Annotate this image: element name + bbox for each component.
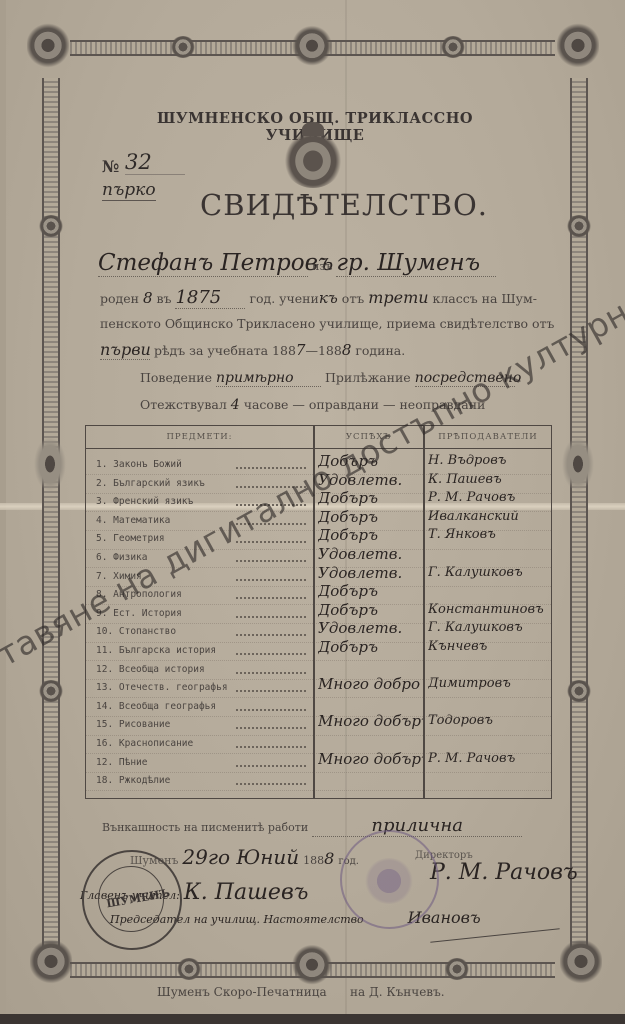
leader-dots	[236, 616, 306, 618]
director-signature: Р. М. Рачовъ	[430, 860, 578, 885]
subject-name: 5. Геометрия	[96, 533, 165, 544]
leader-dots	[236, 746, 306, 748]
gender-suffix: къ	[319, 289, 338, 307]
year-digit: 8	[324, 849, 334, 868]
diligence-label: Прилѣжание	[325, 370, 411, 385]
subject-name: 11. Българска история	[96, 645, 216, 656]
corner-ornament-icon	[27, 22, 69, 74]
number-label: №	[102, 157, 119, 176]
coat-of-arms-icon	[282, 128, 344, 188]
appearance-line: Вънкашность на писменитѣ работи прилична	[102, 815, 542, 837]
year-value: 188	[303, 854, 324, 867]
absence-justified-label: оправдани —	[309, 397, 396, 412]
teacher-name: Г. Калушковъ	[428, 565, 548, 580]
teacher-name: Тодоровъ	[428, 713, 548, 728]
eagle-ornament-icon	[292, 25, 332, 71]
leader-dots	[236, 690, 306, 692]
border-left	[42, 78, 60, 958]
leader-dots	[236, 727, 306, 729]
grade-value: Добъръ	[318, 638, 423, 656]
student-place: гр. Шуменъ	[336, 250, 496, 277]
teacher-name: К. Пашевъ	[428, 472, 548, 487]
school-board-stamp: ШУМЕНЪ	[82, 850, 182, 950]
knot-ornament-icon	[38, 215, 64, 237]
class-from-label: отъ	[342, 291, 364, 306]
knot-ornament-icon	[566, 680, 592, 702]
rank-value: първи	[100, 340, 150, 360]
teacher-name: Р. М. Рачовъ	[428, 751, 548, 766]
subject-name: 1. Законъ Божий	[96, 459, 182, 470]
school-line: пенското Общинско Трикласено училище, пр…	[100, 316, 540, 331]
teacher-name: Кънчевъ	[428, 639, 548, 654]
number-subscript: пърко	[102, 180, 156, 201]
leader-dots	[236, 467, 306, 469]
knot-ornament-icon	[440, 36, 466, 58]
subject-name: 2. Българский язикъ	[96, 478, 205, 489]
school-seal-stamp	[340, 830, 439, 929]
student-name: Стефанъ Петровъ	[98, 250, 308, 277]
leader-dots	[236, 560, 306, 562]
grade-value: Добъръ	[318, 601, 423, 619]
grade-value: Удовлетв.	[318, 545, 423, 563]
grade-value: Добъръ	[318, 526, 423, 544]
teacher-name: Димитровъ	[428, 676, 548, 691]
subject-name: 14. Всеобща географья	[96, 701, 216, 712]
corner-ornament-icon	[30, 938, 72, 990]
birth-line: роден 8 въ 1875 год. ученикъ отъ трети к…	[100, 287, 540, 309]
leader-dots	[236, 783, 306, 785]
head-teacher-signature: К. Пашевъ	[184, 880, 309, 905]
vase-ornament-icon	[561, 435, 595, 493]
leader-dots	[236, 709, 306, 711]
teacher-name: Г. Калушковъ	[428, 620, 548, 635]
grade-value: Добъръ	[318, 582, 423, 600]
teacher-name: Константиновъ	[428, 602, 548, 617]
teacher-name: Р. М. Рачовъ	[428, 490, 548, 505]
year-sep: —188	[305, 343, 341, 358]
subject-name: 15. Рисование	[96, 719, 170, 730]
leader-dots	[236, 634, 306, 636]
knot-ornament-icon	[444, 958, 470, 980]
leader-dots	[236, 579, 306, 581]
header-subjects: ПРЕДМЕТИ:	[86, 432, 313, 442]
grade-value: Много добъръ	[318, 750, 423, 768]
leader-dots	[236, 672, 306, 674]
class-value: трети	[368, 288, 428, 307]
printer-left: Шуменъ Скоро-Печатница	[157, 985, 327, 999]
knot-ornament-icon	[566, 215, 592, 237]
teacher-name: Н. Въдровъ	[428, 453, 548, 468]
subject-name: 16. Краснописание	[96, 738, 193, 749]
subject-name: 12. Пѣние	[96, 757, 147, 768]
student-name-line: Стефанъ Петровъ изъ гр. Шуменъ	[98, 250, 538, 277]
table-row: 18. Ржкодѣлие	[86, 772, 551, 791]
leader-dots	[236, 653, 306, 655]
knot-ornament-icon	[38, 680, 64, 702]
date-value: 29го Юний	[182, 845, 299, 869]
school-year-line: първи рѣдъ за учебната 1887—1888 година.	[100, 340, 540, 360]
grade-value: Много добъръ	[318, 712, 423, 730]
teacher-name: Ивалканский	[428, 509, 548, 524]
year-end-digit: 8	[342, 341, 352, 359]
born-in-label: въ	[156, 291, 171, 306]
leader-dots	[236, 597, 306, 599]
table-row: 12. ПѣниеМного добъръР. М. Рачовъ	[86, 754, 551, 773]
grade-value: Добъръ	[318, 508, 423, 526]
vase-ornament-icon	[33, 435, 67, 493]
born-label: роден	[100, 291, 139, 306]
subject-name: 12. Всеобща история	[96, 664, 205, 675]
appearance-value: прилична	[312, 815, 522, 837]
printer-right: на Д. Кънчевъ.	[350, 985, 445, 999]
absence-hours-label: часове —	[244, 397, 305, 412]
grade-value: Удовлетв.	[318, 564, 423, 582]
from-label: изъ	[312, 260, 332, 273]
year-end-text: година.	[355, 343, 405, 358]
teacher-name: Т. Янковъ	[428, 527, 548, 542]
seal-emblem-icon	[364, 858, 414, 904]
subject-name: 13. Отечеств. географья	[96, 682, 228, 693]
border-right	[570, 78, 588, 958]
knot-ornament-icon	[170, 36, 196, 58]
subject-name: 10. Стопанство	[96, 626, 176, 637]
subject-name: 3. Френский язикъ	[96, 496, 193, 507]
knot-ornament-icon	[176, 958, 202, 980]
rank-text: рѣдъ за учебната 188	[154, 343, 296, 358]
behavior-value: примѣрно	[216, 370, 321, 387]
table-row: 11. Българска историяДобъръКънчевъ	[86, 642, 551, 661]
table-header: ПРЕДМЕТИ: УСПѢХЪ ПРѢПОДАВАТЕЛИ	[86, 426, 551, 449]
year-label: год. учени	[249, 291, 318, 306]
behavior-label: Поведение	[140, 370, 212, 385]
header-teachers: ПРѢПОДАВАТЕЛИ	[425, 432, 551, 442]
table-row: 13. Отечеств. географьяМного доброДимитр…	[86, 679, 551, 698]
born-year: 1875	[175, 287, 245, 309]
grade-value: Много добро	[318, 675, 423, 693]
absence-hours: 4	[231, 397, 240, 413]
subject-name: 18. Ржкодѣлие	[96, 775, 170, 786]
corner-ornament-icon	[557, 22, 599, 74]
absence-label: Отежствувал	[140, 397, 227, 412]
eagle-ornament-icon	[292, 944, 332, 990]
document-title: СВИДѢТЕЛСТВО.	[200, 188, 488, 222]
class-text: классъ на Шум-	[433, 291, 537, 306]
subject-name: 4. Математика	[96, 515, 170, 526]
grade-value: Удовлетв.	[318, 619, 423, 637]
corner-ornament-icon	[560, 938, 602, 990]
leader-dots	[236, 765, 306, 767]
absence-line: Отежствувал 4 часове — оправдани — неопр…	[140, 397, 580, 413]
scan-edge	[0, 1014, 625, 1024]
born-day: 8	[143, 289, 153, 307]
certificate-number: 32	[125, 150, 185, 175]
appearance-label: Вънкашность на писменитѣ работи	[102, 821, 308, 834]
table-row: 15. РисованиеМного добъръТодоровъ	[86, 716, 551, 735]
